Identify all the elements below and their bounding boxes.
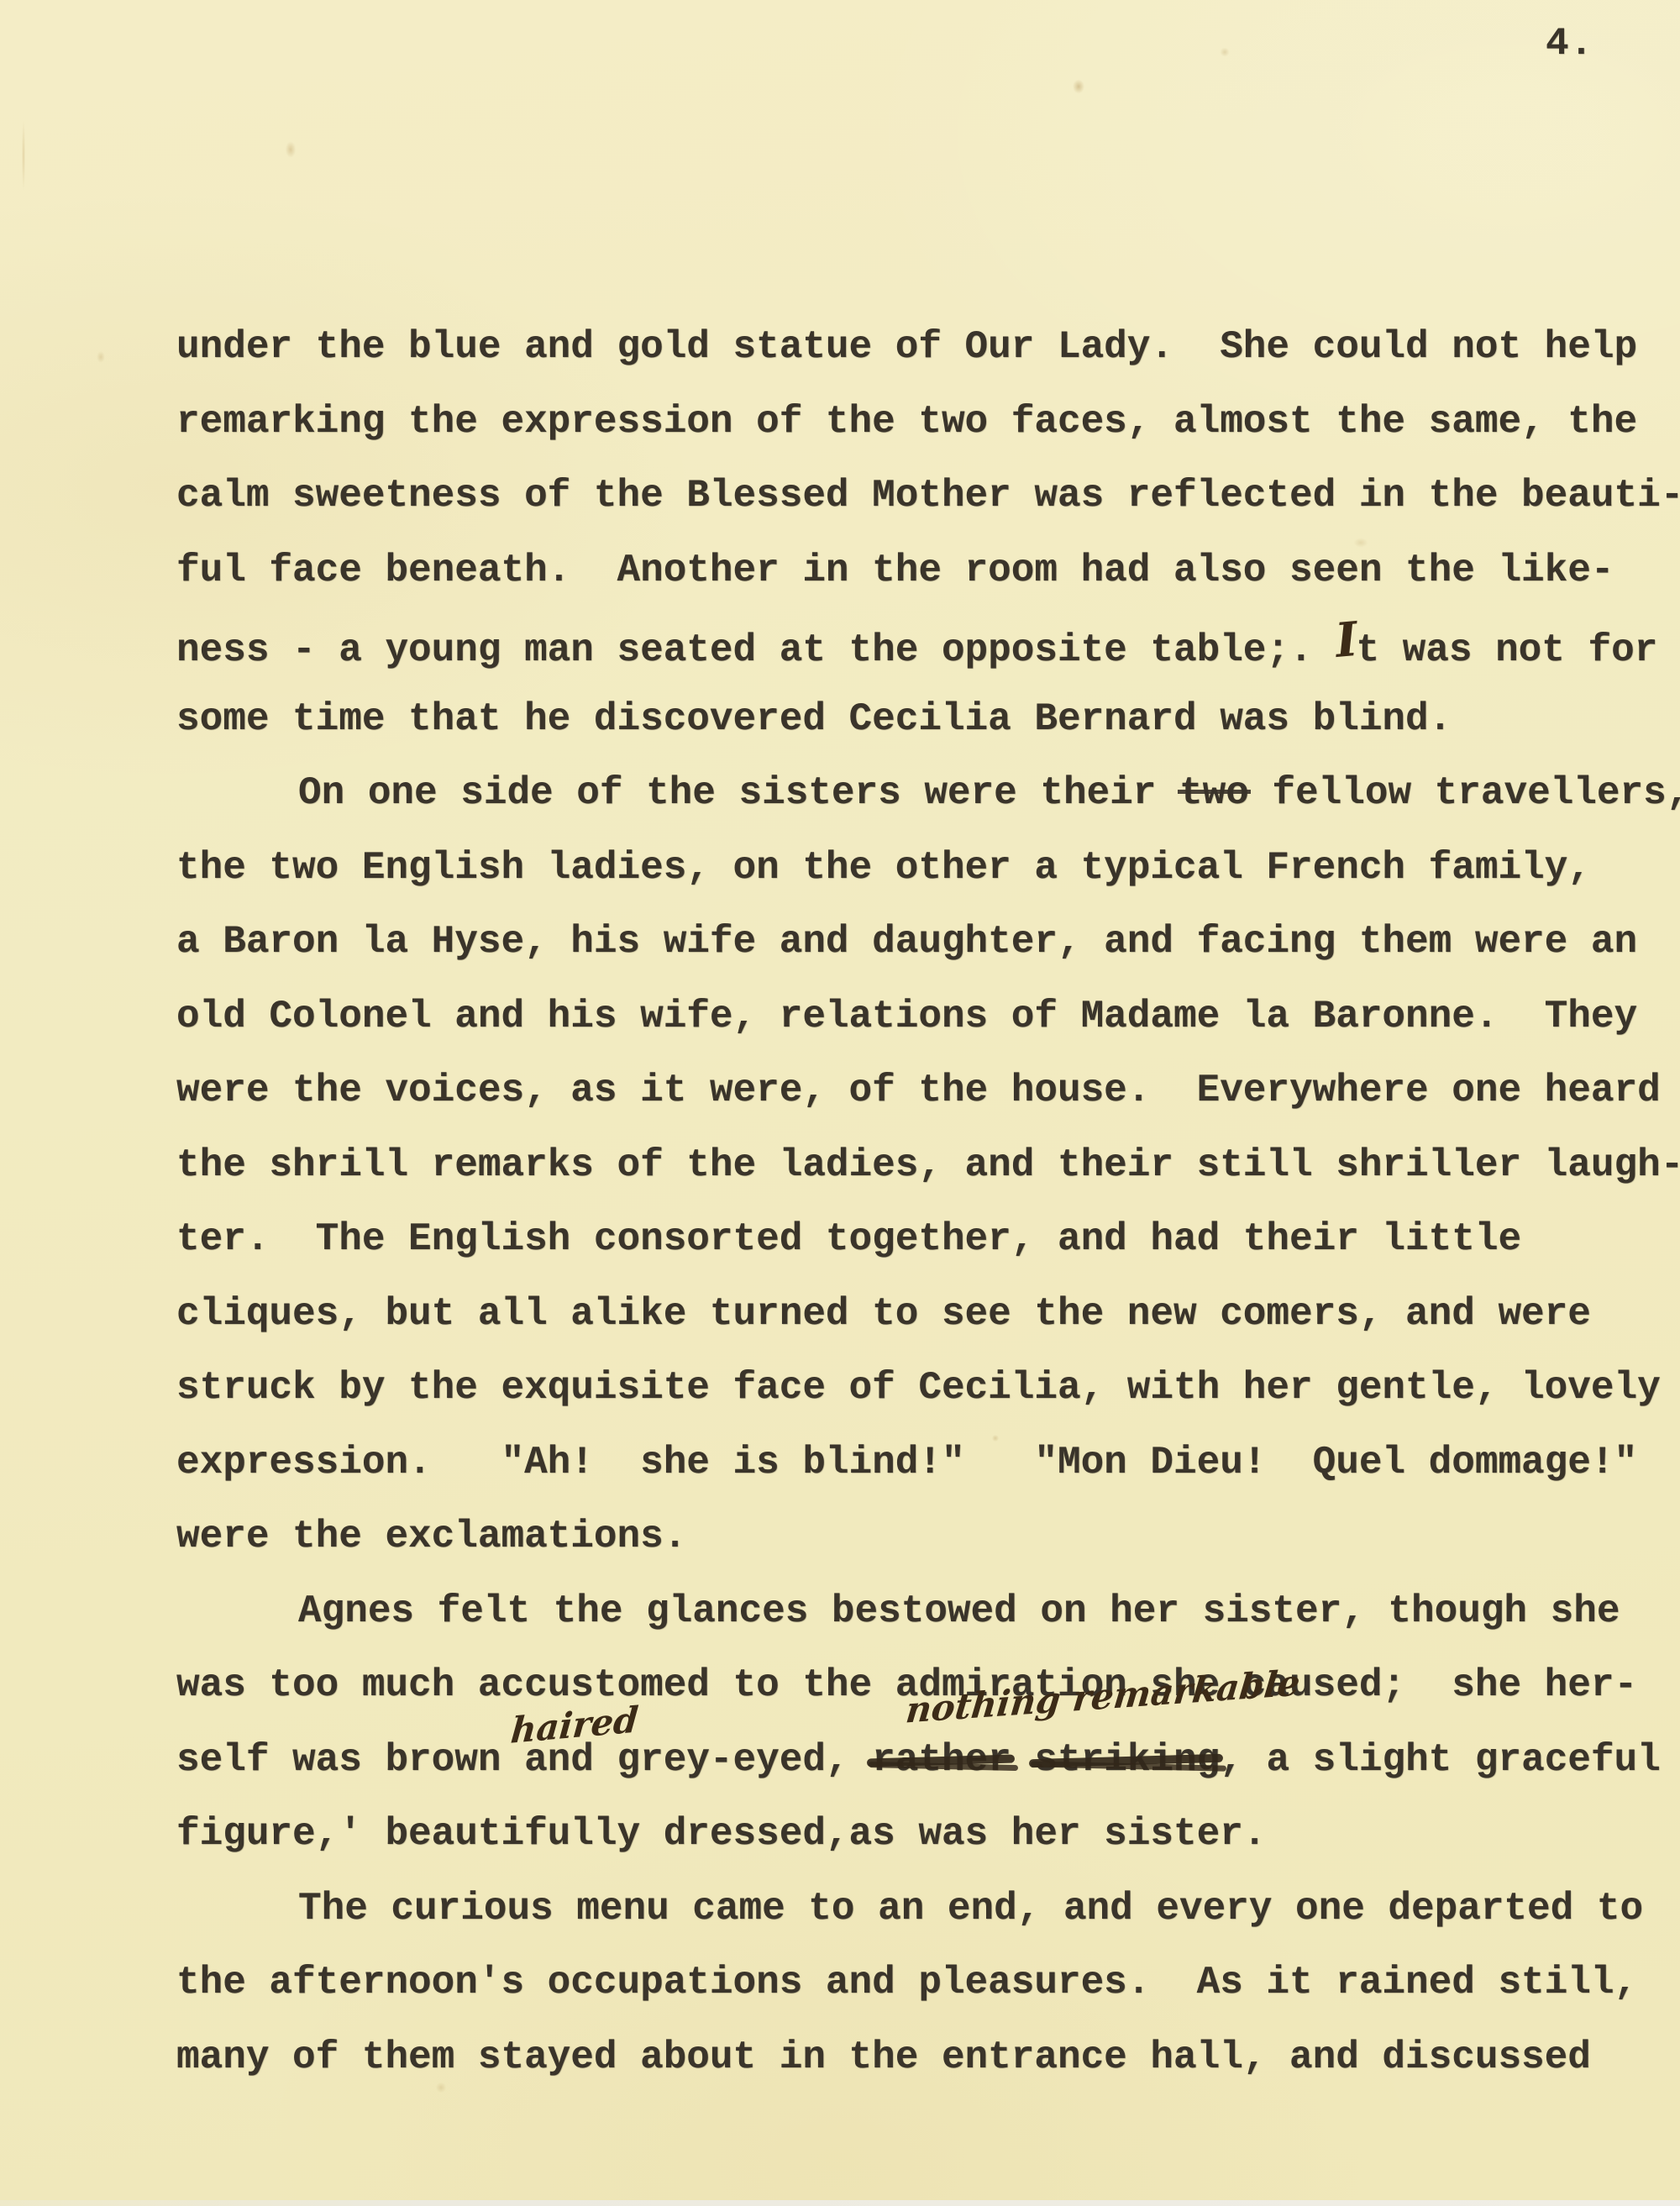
typed-text: old Colonel and his wife, relations of M… xyxy=(176,995,1637,1038)
typed-text: the afternoon's occupations and pleasure… xyxy=(176,1961,1637,2004)
typed-line: Agnes felt the glances bestowed on her s… xyxy=(176,1574,1663,1649)
typed-text: calm sweetness of the Blessed Mother was… xyxy=(176,474,1680,517)
typed-text: ter. The English consorted together, and… xyxy=(176,1217,1521,1261)
typed-text: many of them stayed about in the entranc… xyxy=(176,2035,1591,2079)
scribbled-out-word: rather xyxy=(872,1738,1011,1782)
typed-line: under the blue and gold statue of Our La… xyxy=(176,310,1663,385)
typed-line: self was brown and grey-eyed, rather str… xyxy=(176,1723,1663,1798)
typed-text: figure,' beautifully dressed,as was her … xyxy=(176,1812,1266,1856)
typed-text: some time that he discovered Cecilia Ber… xyxy=(176,697,1452,741)
typed-line: expression. "Ah! she is blind!" "Mon Die… xyxy=(176,1426,1663,1500)
typed-line: cliques, but all alike turned to see the… xyxy=(176,1277,1663,1352)
typed-text: The curious menu came to an end, and eve… xyxy=(298,1887,1643,1930)
typed-line: ness - a young man seated at the opposit… xyxy=(176,607,1663,682)
handwritten-correction: I xyxy=(1332,602,1359,678)
typed-line: struck by the exquisite face of Cecilia,… xyxy=(176,1351,1663,1426)
typed-line: were the voices, as it were, of the hous… xyxy=(176,1053,1663,1128)
typed-text: were the voices, as it were, of the hous… xyxy=(176,1069,1661,1112)
typed-line: figure,' beautifully dressed,as was her … xyxy=(176,1797,1663,1872)
typed-text: were the exclamations. xyxy=(176,1515,686,1558)
page-number: 4. xyxy=(1546,22,1593,66)
typed-line: the two English ladies, on the other a t… xyxy=(176,831,1663,906)
typescript-body: under the blue and gold statue of Our La… xyxy=(176,310,1663,2094)
typed-line: a Baron la Hyse, his wife and daughter, … xyxy=(176,905,1663,980)
scribbled-out-word: striking xyxy=(1034,1738,1220,1782)
typed-text: the shrill remarks of the ladies, and th… xyxy=(176,1143,1680,1187)
typed-text: fellow travellers, xyxy=(1249,771,1680,815)
typed-text: remarking the expression of the two face… xyxy=(176,400,1637,444)
typed-text: under the blue and gold statue of Our La… xyxy=(176,325,1637,369)
typed-line: some time that he discovered Cecilia Ber… xyxy=(176,682,1663,757)
typed-text: a Baron la Hyse, his wife and daughter, … xyxy=(176,920,1637,964)
typed-line: were the exclamations. xyxy=(176,1500,1663,1574)
manuscript-page: 4. under the blue and gold statue of Our… xyxy=(0,0,1680,2206)
typed-line: On one side of the sisters were their tw… xyxy=(176,756,1663,831)
typed-line: calm sweetness of the Blessed Mother was… xyxy=(176,459,1663,533)
handwritten-insertion: haired xyxy=(509,1702,639,1749)
typed-line: many of them stayed about in the entranc… xyxy=(176,2020,1663,2095)
typed-text: t was not for xyxy=(1356,628,1657,672)
typed-line: ter. The English consorted together, and… xyxy=(176,1202,1663,1277)
typed-text: struck by the exquisite face of Cecilia,… xyxy=(176,1366,1661,1410)
typed-text: cliques, but all alike turned to see the… xyxy=(176,1292,1591,1336)
typed-line: ful face beneath. Another in the room ha… xyxy=(176,533,1663,608)
typed-line: the afternoon's occupations and pleasure… xyxy=(176,1946,1663,2020)
typed-text: On one side of the sisters were their xyxy=(298,771,1179,815)
typed-text: expression. "Ah! she is blind!" "Mon Die… xyxy=(176,1441,1637,1484)
strikethrough-word: two xyxy=(1179,771,1249,815)
typed-line: the shrill remarks of the ladies, and th… xyxy=(176,1128,1663,1203)
typed-text: ness - a young man seated at the opposit… xyxy=(176,628,1336,672)
typed-line: The curious menu came to an end, and eve… xyxy=(176,1872,1663,1946)
typed-text: Agnes felt the glances bestowed on her s… xyxy=(298,1589,1620,1633)
typed-line: remarking the expression of the two face… xyxy=(176,385,1663,460)
typed-text: ful face beneath. Another in the room ha… xyxy=(176,549,1614,592)
typed-text: , a slight graceful xyxy=(1220,1738,1661,1782)
scan-edge xyxy=(0,2200,1680,2206)
typed-text: the two English ladies, on the other a t… xyxy=(176,846,1591,890)
typed-line: old Colonel and his wife, relations of M… xyxy=(176,980,1663,1054)
